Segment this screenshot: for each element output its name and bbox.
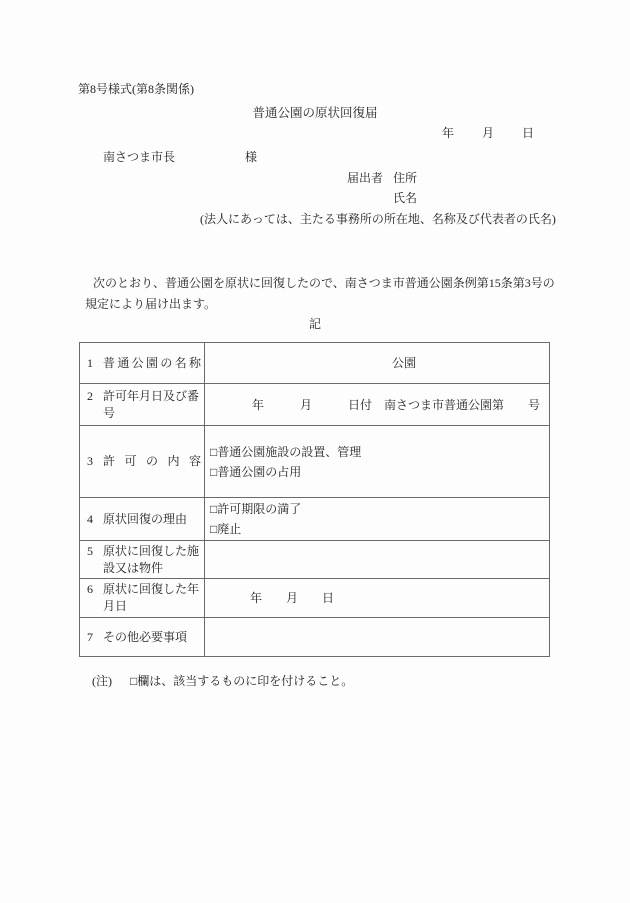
row-label-cell: 1 普通公園の名称 — [80, 355, 204, 372]
row-label-cell: 6 原状に回復した年月日 — [80, 581, 204, 615]
table-row-permit-contents: 3 許可の内容 □普通公園施設の設置、管理 □普通公園の占用 — [80, 425, 549, 497]
row-label-cell: 4 原状回復の理由 — [80, 511, 204, 528]
row-number: 3 — [87, 453, 103, 470]
park-name-value: 公園 — [204, 343, 549, 383]
footnote: (注) □欄は、該当するものに印を付けること。 — [92, 674, 353, 689]
checkbox-option: □許可期限の満了 — [210, 499, 549, 519]
row-label-cell: 2 許可年月日及び番号 — [80, 388, 204, 422]
checkbox-option: □普通公園施設の設置、管理 — [210, 442, 549, 462]
row-number: 1 — [87, 355, 103, 372]
table-row-restoration-date: 6 原状に回復した年月日 年 月 日 — [80, 578, 549, 617]
record-mark: 記 — [0, 317, 630, 332]
restoration-form-table: 1 普通公園の名称 公園 2 許可年月日及び番号 年 月 日付 南さつま市普通公… — [79, 342, 550, 657]
year-label: 年 — [442, 126, 454, 141]
addressee-name: 南さつま市長 — [103, 150, 175, 165]
row-label: 原状に回復した年月日 — [103, 581, 201, 615]
row-label: 原状に回復した施設又は物件 — [103, 543, 201, 577]
body-paragraph-line2: 規定により届け出ます。 — [85, 297, 216, 312]
footnote-label: (注) — [92, 674, 112, 689]
row-label-cell: 5 原状に回復した施設又は物件 — [80, 543, 204, 577]
row-label: その他必要事項 — [103, 629, 201, 646]
restoration-date-value: 年 月 日 — [204, 579, 549, 617]
body-paragraph-line1: 次のとおり、普通公園を原状に回復したので、南さつま市普通公園条例第15条第3号の — [93, 276, 555, 291]
checkbox-option: □廃止 — [210, 519, 549, 539]
table-row-other-items: 7 その他必要事項 — [80, 617, 549, 656]
day-label: 日 — [522, 126, 534, 141]
restored-facilities-value — [204, 541, 549, 578]
row-label: 許可年月日及び番号 — [103, 388, 201, 422]
row-number: 6 — [87, 581, 103, 598]
addressee-line: 南さつま市長 様 — [103, 150, 257, 165]
checkbox-option: □普通公園の占用 — [210, 462, 549, 482]
page-title: 普通公園の原状回復届 — [0, 106, 630, 121]
permit-date-number-value: 年 月 日付 南さつま市普通公園第 号 — [204, 384, 549, 425]
row-label-cell: 7 その他必要事項 — [80, 629, 204, 646]
corporate-note: (法人にあっては、主たる事務所の所在地、名称及び代表者の氏名) — [200, 212, 556, 227]
form-number: 第8号様式(第8条関係) — [78, 82, 194, 97]
month-label: 月 — [482, 126, 494, 141]
table-row-restoration-reason: 4 原状回復の理由 □許可期限の満了 □廃止 — [80, 497, 549, 540]
table-row-permit-date-number: 2 許可年月日及び番号 年 月 日付 南さつま市普通公園第 号 — [80, 383, 549, 425]
restoration-reason-value: □許可期限の満了 □廃止 — [204, 498, 549, 540]
row-label-cell: 3 許可の内容 — [80, 453, 204, 470]
checkbox-option-label: 許可期限の満了 — [217, 502, 301, 516]
address-label: 住所 — [393, 171, 417, 186]
document-page: 第8号様式(第8条関係) 普通公園の原状回復届 年 月 日 南さつま市長 様 届… — [0, 0, 630, 903]
row-label: 原状回復の理由 — [103, 511, 201, 528]
honorific-label: 様 — [245, 150, 257, 165]
other-items-value — [204, 618, 549, 656]
permit-contents-value: □普通公園施設の設置、管理 □普通公園の占用 — [204, 426, 549, 497]
table-row-park-name: 1 普通公園の名称 公園 — [80, 343, 549, 383]
table-row-restored-facilities: 5 原状に回復した施設又は物件 — [80, 540, 549, 578]
checkbox-option-label: 廃止 — [217, 522, 241, 536]
date-fill-in-line: 年 月 日 — [442, 126, 534, 141]
row-label: 普通公園の名称 — [103, 355, 201, 372]
row-number: 7 — [87, 629, 103, 646]
row-label: 許可の内容 — [103, 453, 201, 470]
checkbox-option-label: 普通公園の占用 — [217, 465, 301, 479]
row-number: 5 — [87, 543, 103, 560]
name-label: 氏名 — [393, 191, 417, 206]
footnote-text: □欄は、該当するものに印を付けること。 — [130, 674, 353, 689]
checkbox-option-label: 普通公園施設の設置、管理 — [217, 445, 361, 459]
declarant-label: 届出者 — [347, 171, 383, 186]
declarant-line: 届出者 住所 — [347, 171, 417, 186]
row-number: 4 — [87, 511, 103, 528]
row-number: 2 — [87, 388, 103, 405]
